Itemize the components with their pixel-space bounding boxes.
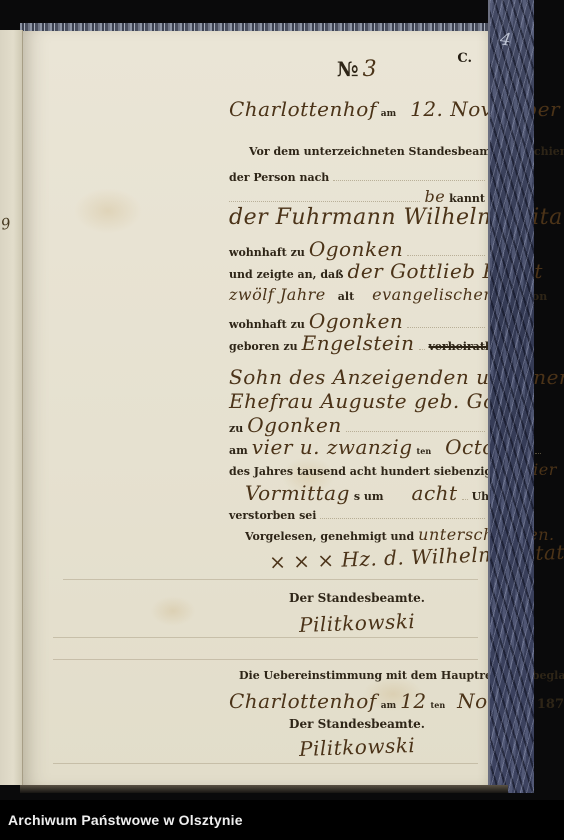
person-nach-line: der Person nach: [229, 167, 485, 184]
death-day: vier u. zwanzig: [252, 435, 413, 459]
residence-label: wohnhaft zu: [229, 246, 305, 259]
fill-line: [419, 336, 425, 350]
religion-hand: evangelischer: [372, 285, 491, 304]
residence-label: wohnhaft zu: [229, 318, 305, 331]
certification-dateline: Charlottenhof am 12 ten Novbr 187 4.: [229, 689, 485, 713]
statement-line: verstorben sei: [229, 505, 485, 522]
document-photo: 9 C. № 3 Charlottenhof am 12. November 1…: [0, 0, 564, 840]
registrar-title-line: Der Standesbeamte.: [229, 591, 485, 605]
age-religion-line: zwölf Jahre alt evangelischer Religion: [229, 285, 485, 304]
fill-line: [229, 188, 420, 202]
parents-line-2: Ehefrau Auguste geb. Görke: [229, 389, 485, 413]
death-date-label: am: [229, 444, 248, 457]
fill-line: [346, 418, 485, 432]
bekannt-hand: be: [424, 187, 445, 206]
ruling-line: [53, 659, 478, 660]
paper-stain: [63, 181, 153, 241]
certification-am-label: am: [381, 701, 396, 711]
certification-line: Die Uebereinstimmung mit dem Hauptregist…: [239, 669, 485, 682]
bekannt-line: be kannt: [229, 187, 485, 206]
record-number-value: 3: [363, 57, 378, 82]
register-page: C. № 3 Charlottenhof am 12. November 187…: [23, 31, 488, 785]
parents-line-1: Sohn des Anzeigenden u. seiner: [229, 365, 485, 389]
ruling-line: [63, 579, 478, 580]
registrar-title: Der Standesbeamte.: [289, 591, 425, 605]
dateline: Charlottenhof am 12. November 187 4.: [229, 97, 485, 121]
death-place: Ogonken: [247, 413, 341, 437]
report-line: und zeigte an, daß der Gottlieb Pritat: [229, 259, 485, 283]
certification-registrar-signature: Pilitkowski: [298, 733, 415, 761]
hour-hand: acht: [412, 481, 458, 505]
person-nach-label: der Person nach: [229, 171, 329, 184]
death-place-label: zu: [229, 422, 243, 435]
deceased-residence-line: wohnhaft zu Ogonken: [229, 309, 485, 333]
birthplace-label: geboren zu: [229, 340, 298, 353]
death-day-suffix: ten: [417, 446, 432, 456]
deceased-residence: Ogonken: [309, 309, 403, 333]
intro-line: Vor dem unterzeichneten Standesbeamten e…: [249, 145, 485, 158]
fill-line: [333, 167, 485, 181]
registrar-signature: Pilitkowski: [298, 609, 415, 637]
fill-line: [407, 314, 485, 328]
dateline-am-label: am: [381, 109, 396, 119]
signature-marks-line: × × × Hz. d. Wilhelm Pritat: [229, 545, 485, 569]
certification-registrar-title-line: Der Standesbeamte.: [229, 717, 485, 731]
record-number: № 3: [229, 57, 485, 82]
certification-place: Charlottenhof: [229, 689, 377, 713]
ruling-line: [53, 637, 478, 638]
death-date-line: am vier u. zwanzig ten October: [229, 435, 485, 459]
certification-day-suffix: ten: [431, 700, 446, 710]
fill-line: [462, 486, 468, 500]
archive-name-label: Archiwum Państwowe w Olsztynie: [0, 812, 243, 828]
birthplace: Engelstein: [302, 331, 415, 355]
certification-registrar-signature-line: Pilitkowski: [229, 735, 485, 759]
certification-year-printed: 187: [537, 697, 564, 712]
fill-line: [535, 440, 541, 454]
age-label: alt: [338, 290, 354, 303]
read-approved-line: Vorgelesen, genehmigt und unterschrieben…: [229, 525, 485, 544]
bekannt-printed: kannt: [449, 192, 485, 205]
age-hand: zwölf Jahre: [229, 285, 326, 304]
paper-stain: [143, 591, 203, 631]
statement-text: verstorben sei: [229, 509, 316, 522]
ruling-line: [53, 763, 478, 764]
read-approved-label: Vorgelesen, genehmigt und: [245, 530, 414, 543]
registrar-signature-line: Pilitkowski: [229, 611, 485, 635]
dateline-place: Charlottenhof: [229, 97, 377, 121]
fill-line: [407, 242, 485, 256]
daytime-suffix: s um: [354, 490, 384, 503]
declarant-residence-line: wohnhaft zu Ogonken: [229, 237, 485, 261]
death-time-line: Vormittag s um acht Uhr: [229, 481, 485, 505]
report-label: und zeigte an, daß: [229, 268, 344, 281]
declarant-name-line: der Fuhrmann Wilhelm Pritat: [229, 205, 485, 230]
death-year-printed: des Jahres tausend acht hundert siebenzi…: [229, 465, 520, 478]
daytime-hand: Vormittag: [245, 481, 350, 505]
marbled-cover-edge: [488, 0, 534, 793]
death-year-line: des Jahres tausend acht hundert siebenzi…: [229, 460, 485, 479]
numero-sign: №: [337, 57, 359, 81]
declarant-residence: Ogonken: [309, 237, 403, 261]
death-place-line: zu Ogonken: [229, 413, 485, 437]
certification-day: 12: [400, 689, 426, 713]
page-bottom-edge: [20, 785, 508, 793]
previous-page-edge: [0, 30, 23, 785]
certification-registrar-title: Der Standesbeamte.: [289, 717, 425, 731]
fill-line: [320, 505, 485, 519]
birthplace-line: geboren zu Engelstein verheirathet: [229, 331, 485, 355]
dateline-day-month: 12. November: [410, 97, 560, 121]
parents-text-2: Ehefrau Auguste geb. Görke: [229, 389, 531, 413]
archive-watermark-bar: Archiwum Państwowe w Olsztynie: [0, 800, 564, 840]
